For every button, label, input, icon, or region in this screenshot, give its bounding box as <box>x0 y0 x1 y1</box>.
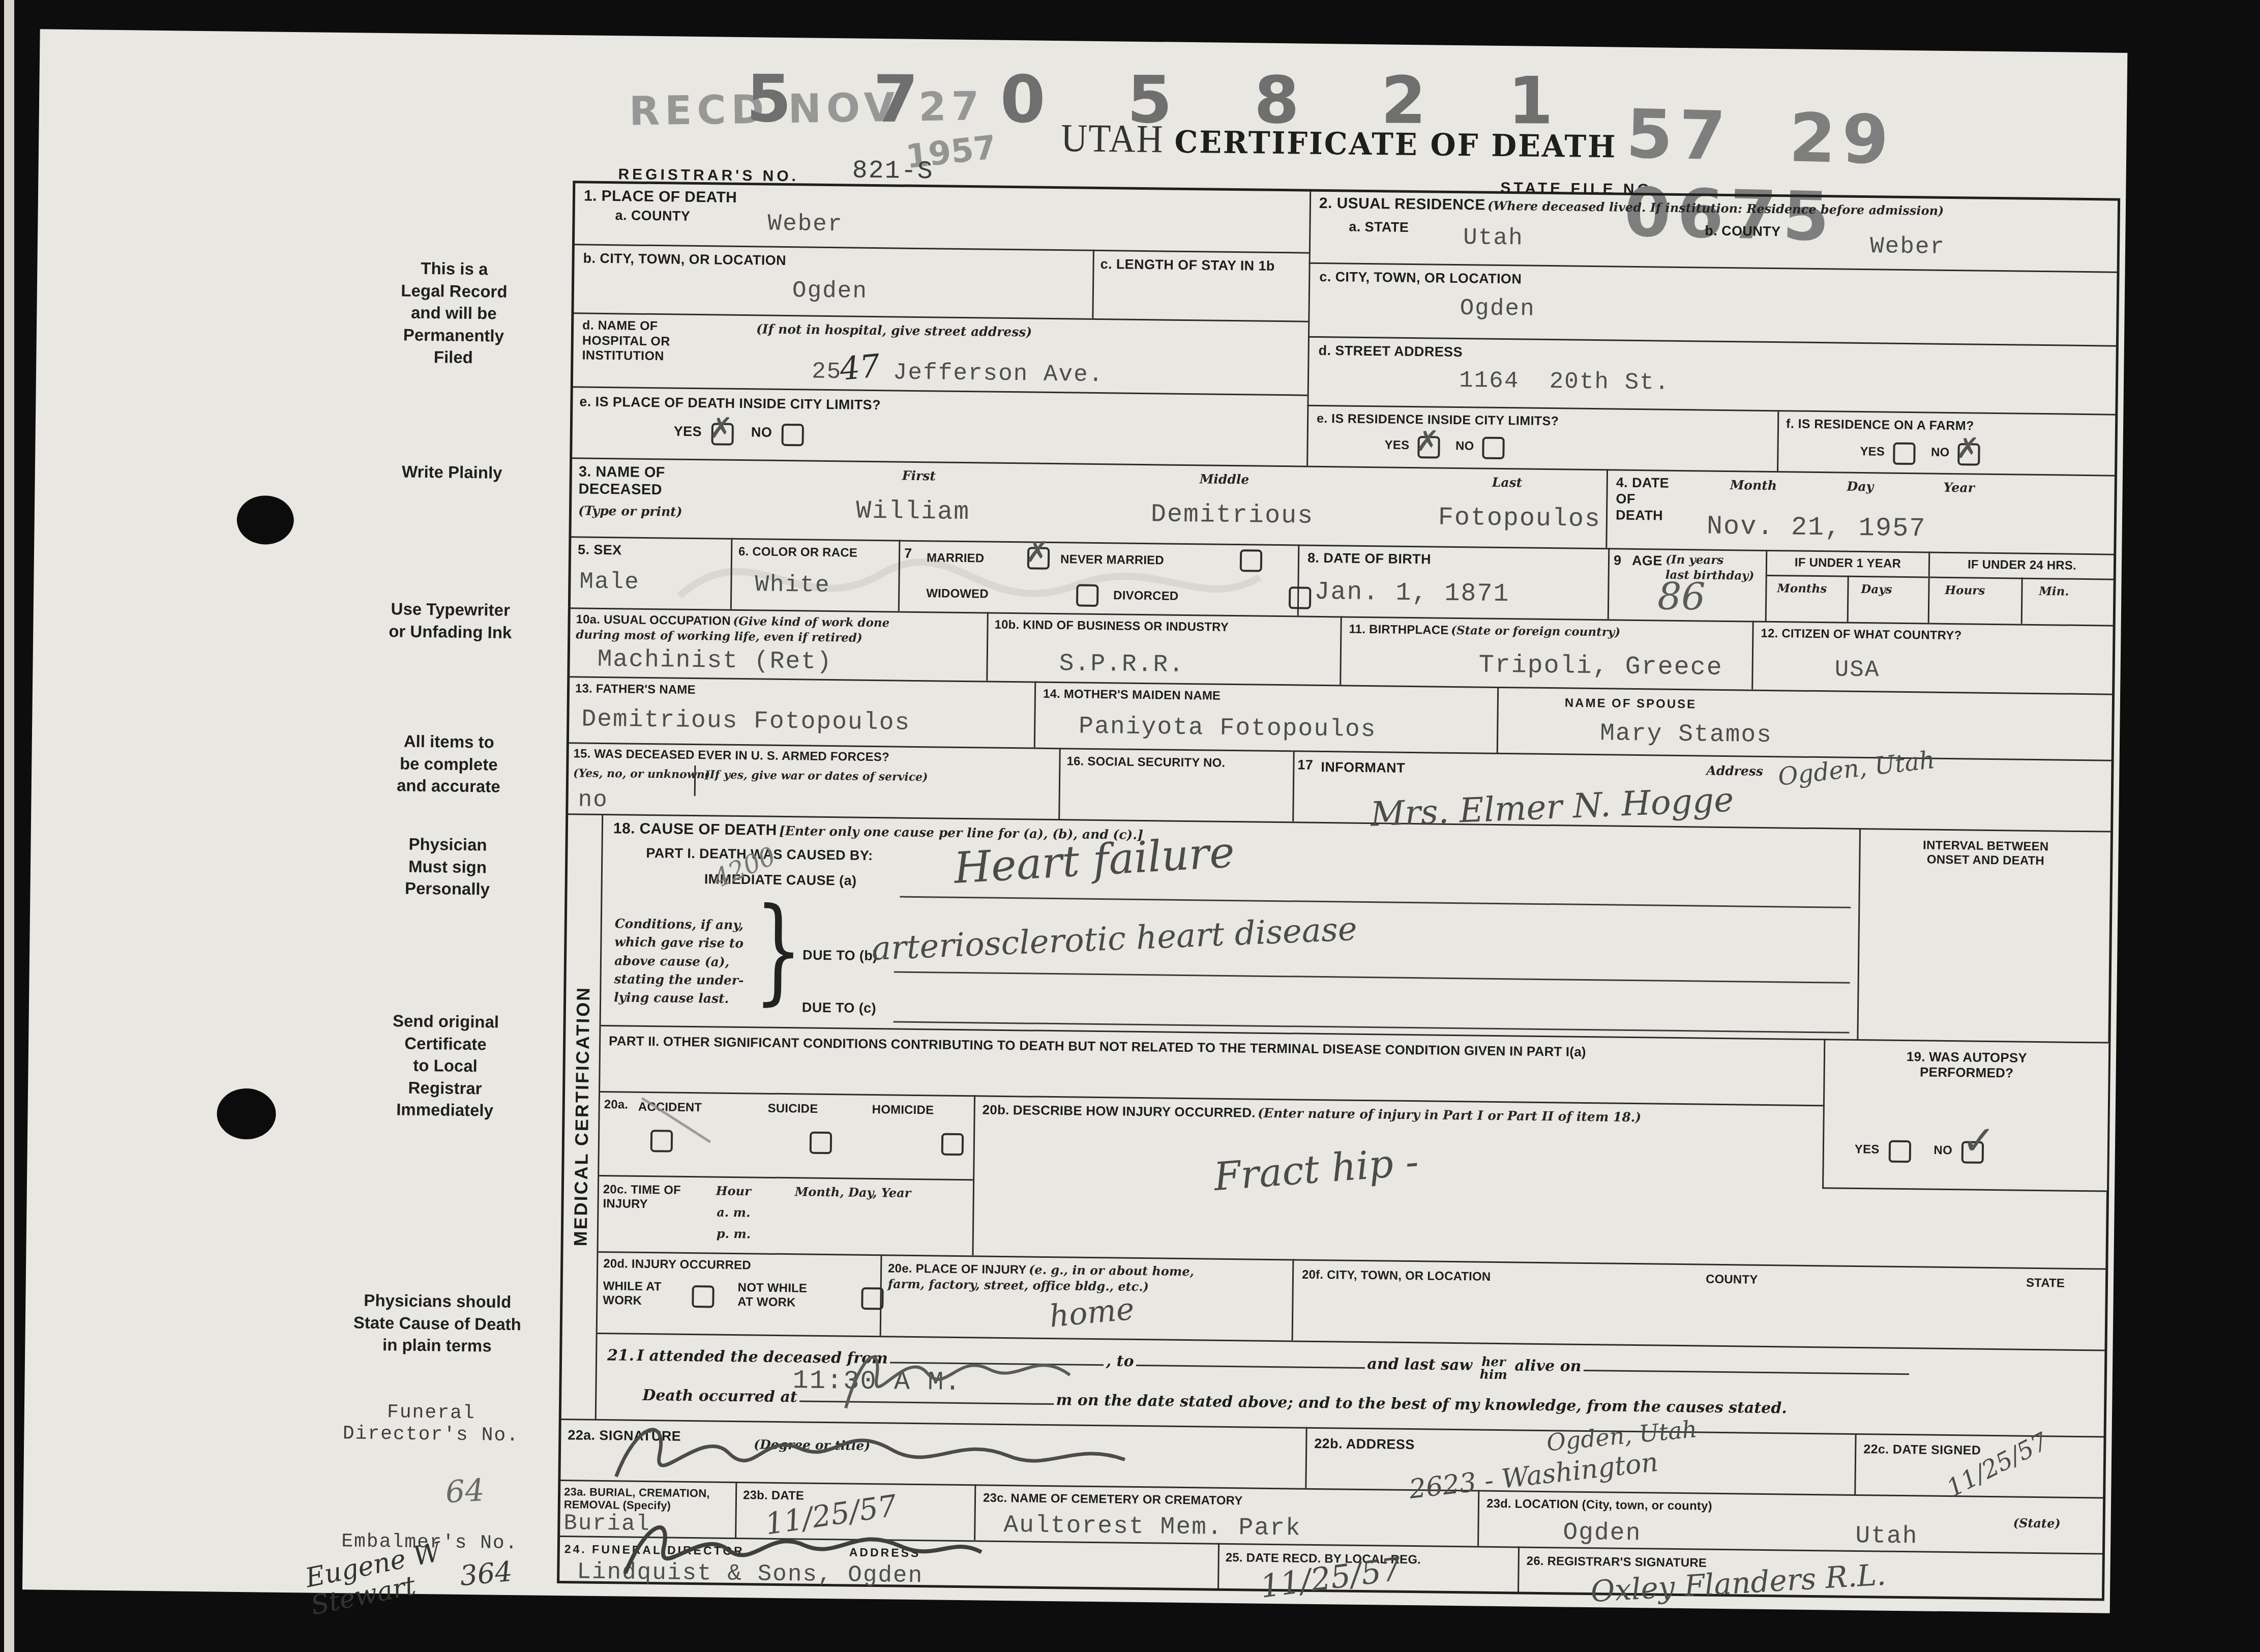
burial-state-value: Utah <box>1855 1522 1918 1550</box>
res-street-label: d. STREET ADDRESS <box>1318 343 1463 361</box>
field-26-registrar-signature: 26. REGISTRAR'S SIGNATURE Oxley Flanders… <box>1518 1546 2103 1599</box>
field-23c-cemetery: 23c. NAME OF CEMETERY OR CREMATORY Aulto… <box>974 1484 1478 1546</box>
no-label: NO <box>1931 446 1950 459</box>
field-2-usual-residence: 2. USUAL RESIDENCE (Where deceased lived… <box>1309 191 2118 272</box>
ssn-label: 16. SOCIAL SECURITY NO. <box>1066 754 1285 771</box>
field-1e-city-limits: e. IS PLACE OF DEATH INSIDE CITY LIMITS?… <box>572 386 1307 465</box>
margin-note-all-items: All items to be complete and accurate <box>316 729 581 799</box>
dob-value: Jan. 1, 1871 <box>1314 578 1510 609</box>
cemetery-label: 23c. NAME OF CEMETERY OR CREMATORY <box>983 1491 1243 1508</box>
registrar-signature-label: 26. REGISTRAR'S SIGNATURE <box>1527 1554 1707 1571</box>
informant-num: 17 <box>1297 757 1313 773</box>
city-value: Ogden <box>792 277 868 305</box>
field-15-armed-forces: 15. WAS DECEASED EVER IN U. S. ARMED FOR… <box>568 742 1059 819</box>
no-checkbox <box>1482 437 1505 459</box>
field-if-under-1-year: IF UNDER 1 YEAR Months Days <box>1765 550 1929 623</box>
x-mark: ✗ <box>1956 432 1980 465</box>
field-10a-occupation: 10a. USUAL OCCUPATION (Give kind of work… <box>569 607 987 681</box>
street-number-typed: 25 <box>812 359 842 386</box>
field-20d-injury-occurred: 20d. INJURY OCCURRED WHILE AT WORK NOT W… <box>598 1251 881 1336</box>
usual-residence-hint: (Where deceased lived. If institution: R… <box>1488 198 1944 218</box>
res-county-value: Weber <box>1870 233 1946 260</box>
describe-injury-label: 20b. DESCRIBE HOW INJURY OCCURRED. <box>983 1102 1256 1120</box>
spouse-value: Mary Stamos <box>1600 720 1772 749</box>
birthplace-hint: (State or foreign country) <box>1451 624 1620 639</box>
res-county-label: b. COUNTY <box>1705 223 1780 240</box>
race-label: 6. COLOR OR RACE <box>738 545 857 560</box>
mother-value: Paniyota Fotopoulos <box>1079 713 1377 744</box>
yes-label: YES <box>674 424 702 439</box>
field-2d-street-address: d. STREET ADDRESS 1164 20th St. <box>1307 336 2116 414</box>
field-17-informant: 17 INFORMANT Address Mrs. Elmer N. Hogge… <box>1292 750 2112 831</box>
occupation-value: Machinist (Ret) <box>597 646 832 676</box>
place-of-injury-handwritten: home <box>1048 1291 1136 1334</box>
year-header: Year <box>1944 480 1975 496</box>
x-mark: ✗ <box>709 411 733 445</box>
field-22c-date-signed: 22c. DATE SIGNED 11/25/57 <box>1854 1433 2104 1497</box>
field-18-cause-of-death: 18. CAUSE OF DEATH [Enter only one cause… <box>601 814 1860 1039</box>
date-signed-handwritten: 11/25/57 <box>1942 1427 2053 1503</box>
months-label: Months <box>1777 581 1827 597</box>
field-12-citizen: 12. CITIZEN OF WHAT COUNTRY? USA <box>1751 621 2113 694</box>
never-married-checkbox <box>1240 549 1262 572</box>
attended-text-3: and last saw <box>1367 1355 1472 1374</box>
widowed-label: WIDOWED <box>926 586 989 601</box>
county-label: a. COUNTY <box>615 208 690 225</box>
field-11-birthplace: 11. BIRTHPLACE (State or foreign country… <box>1340 616 1752 689</box>
place-city-limits-label: e. IS PLACE OF DEATH INSIDE CITY LIMITS? <box>579 394 881 414</box>
day-header: Day <box>1847 479 1874 495</box>
field-25-date-recd: 25. DATE RECD. BY LOCAL REG. 11/25/57 <box>1217 1543 1518 1592</box>
field-1d-hospital: d. NAME OF HOSPITAL OR INSTITUTION (If n… <box>573 312 1309 394</box>
min-label: Min. <box>2039 584 2069 600</box>
accident-checkbox <box>650 1130 673 1152</box>
injury-description-handwritten: Fract hip - <box>1212 1139 1420 1199</box>
field-2e-res-city-limits: e. IS RESIDENCE INSIDE CITY LIMITS? YES … <box>1306 405 1777 471</box>
res-city-label: c. CITY, TOWN, OR LOCATION <box>1319 269 1522 287</box>
field-if-under-24-hrs: IF UNDER 24 HRS. Hours Min. <box>1928 552 2115 625</box>
industry-value: S.P.R.R. <box>1059 650 1184 679</box>
field-interval: INTERVAL BETWEEN ONSET AND DEATH <box>1857 828 2111 1042</box>
informant-address-label: Address <box>1706 763 1763 780</box>
married-checkbox: ✗ <box>1027 547 1050 569</box>
suicide-label: SUICIDE <box>768 1102 818 1116</box>
yes-label: YES <box>1855 1142 1880 1157</box>
interval-label: INTERVAL BETWEEN ONSET AND DEATH <box>1860 838 2111 869</box>
month-day-year-label: Month, Day, Year <box>795 1184 911 1201</box>
field-20f-injury-location: 20f. CITY, TOWN, OR LOCATION COUNTY STAT… <box>1292 1259 2106 1349</box>
field-4-date-of-death: 4. DATE OF DEATH Month Day Year Nov. 21,… <box>1605 469 2115 553</box>
margin-note-send-original: Send original Certificate to Local Regis… <box>312 1009 578 1123</box>
describe-injury-hint: (Enter nature of injury in Part I or Par… <box>1258 1106 1641 1125</box>
yes-label: YES <box>1860 445 1885 459</box>
x-mark: ✗ <box>1025 536 1050 569</box>
signer-address-label: 22b. ADDRESS <box>1314 1436 1415 1453</box>
state-label: a. STATE <box>1349 219 1409 236</box>
burial-location-label: 23d. LOCATION (City, town, or county) <box>1486 1497 1712 1514</box>
film-edge <box>4 0 14 1652</box>
am-label: a. m. <box>717 1204 750 1221</box>
not-while-at-work-label: NOT WHILE AT WORK <box>737 1281 807 1310</box>
first-name-header: First <box>902 468 936 485</box>
father-label: 13. FATHER'S NAME <box>575 682 696 697</box>
injury-city-label: 20f. CITY, TOWN, OR LOCATION <box>1302 1268 1491 1284</box>
street-number-handwritten: 47 <box>838 347 881 388</box>
injury-county-label: COUNTY <box>1706 1273 1758 1287</box>
field-24-funeral-director: 24. FUNERAL DIRECTOR ADDRESS Lindquist &… <box>559 1536 1218 1589</box>
certificate-paper: RECD NOV 27 1957 5 7 0 5 8 2 1 REGISTRAR… <box>22 29 2128 1613</box>
marital-num: 7 <box>904 546 912 562</box>
place-of-death-title: 1. PLACE OF DEATH <box>584 187 737 206</box>
widowed-checkbox <box>1076 584 1098 607</box>
homicide-checkbox <box>941 1133 964 1156</box>
field-16-ssn: 16. SOCIAL SECURITY NO. <box>1058 748 1293 821</box>
hours-label: Hours <box>1945 583 1985 599</box>
divider <box>694 765 696 796</box>
punch-hole <box>236 495 294 545</box>
divider <box>2021 578 2023 624</box>
last-name-value: Fotopoulos <box>1438 504 1601 535</box>
date-of-death-value: Nov. 21, 1957 <box>1706 512 1926 544</box>
usual-residence-title: 2. USUAL RESIDENCE <box>1319 195 1485 214</box>
cause-b-handwritten: arteriosclerotic heart disease <box>871 910 1358 968</box>
place-of-injury-label: 20e. PLACE OF INJURY <box>888 1261 1027 1277</box>
funeral-director-no-label: Funeral Director's No. <box>288 1400 574 1447</box>
middle-name-header: Middle <box>1200 471 1250 488</box>
field-2c-res-city: c. CITY, TOWN, OR LOCATION Ogden <box>1308 262 2118 345</box>
county-value: Weber <box>767 211 843 238</box>
never-married-label: NEVER MARRIED <box>1060 552 1164 568</box>
medical-certification-label: MEDICAL CERTIFICATION <box>561 813 603 1419</box>
married-label: MARRIED <box>927 551 985 566</box>
field-1b-city: b. CITY, TOWN, OR LOCATION Ogden <box>573 244 1092 318</box>
city-label: b. CITY, TOWN, OR LOCATION <box>583 250 786 269</box>
armed-forces-value: no <box>578 786 608 813</box>
divider <box>1847 576 1849 622</box>
yes-label: YES <box>1384 438 1409 453</box>
accident-num: 20a. <box>604 1098 629 1112</box>
attended-text-2: , to <box>1106 1352 1134 1371</box>
no-label: NO <box>1934 1143 1952 1157</box>
yes-checkbox: ✗ <box>1417 436 1440 458</box>
funeral-director-no-value: 64 <box>444 1472 485 1510</box>
cause-a-line <box>900 896 1851 908</box>
margin-note-legal-record: This is a Legal Record and will be Perma… <box>321 256 586 370</box>
citizen-value: USA <box>1834 656 1880 683</box>
field-7-marital-status: 7 MARRIED ✗ NEVER MARRIED WIDOWED DIVORC… <box>898 540 1298 616</box>
brace-glyph: } <box>754 884 804 1017</box>
field-3-name-of-deceased: 3. NAME OF DECEASED (Type or print) Firs… <box>571 457 1607 548</box>
while-at-work-checkbox <box>692 1285 714 1308</box>
mother-label: 14. MOTHER'S MAIDEN NAME <box>1043 687 1221 703</box>
field-10b-industry: 10b. KIND OF BUSINESS OR INDUSTRY S.P.R.… <box>986 612 1340 685</box>
no-label: NO <box>1455 439 1474 453</box>
street-name-typed: Jefferson Ave. <box>878 359 1104 388</box>
pm-label: p. m. <box>717 1226 751 1242</box>
farm-label: f. IS RESIDENCE ON A FARM? <box>1786 417 1974 434</box>
res-city-value: Ogden <box>1460 295 1535 322</box>
first-name-value: William <box>856 497 970 527</box>
name-title: 3. NAME OF DECEASED <box>578 463 665 498</box>
field-8-date-of-birth: 8. DATE OF BIRTH Jan. 1, 1871 <box>1297 544 1609 619</box>
field-20c-time-of-injury: 20c. TIME OF INJURY Hour a. m. p. m. Mon… <box>598 1175 973 1255</box>
field-13-father: 13. FATHER'S NAME Demitrious Fotopoulos <box>569 676 1034 747</box>
age-value: 86 <box>1657 574 1706 618</box>
margin-note-write-plainly: Write Plainly <box>320 460 584 485</box>
x-mark: ✗ <box>1415 425 1440 458</box>
field-22b-address: 22b. ADDRESS Ogden, Utah 2623 - Washingt… <box>1305 1427 1855 1494</box>
part2-label: PART II. OTHER SIGNIFICANT CONDITIONS CO… <box>609 1034 1814 1063</box>
dob-label: 8. DATE OF BIRTH <box>1307 550 1431 568</box>
yes-checkbox: ✗ <box>711 423 733 445</box>
field-spouse: NAME OF SPOUSE Mary Stamos <box>1497 687 2113 760</box>
margin-note-plain-terms: Physicians should State Cause of Death i… <box>274 1288 600 1359</box>
due-to-c-label: DUE TO (c) <box>802 999 876 1017</box>
citizen-label: 12. CITIZEN OF WHAT COUNTRY? <box>1761 627 1961 643</box>
sex-label: 5. SEX <box>578 542 622 558</box>
state-hint: (State) <box>2013 1515 2060 1531</box>
him-label: him <box>1479 1368 1507 1381</box>
field-20e-place-of-injury: 20e. PLACE OF INJURY (e. g., in or about… <box>880 1254 1293 1340</box>
armed-forces-hint1: (Yes, no, or unknown) <box>573 766 710 782</box>
field-1c-length-of-stay: c. LENGTH OF STAY IN 1b <box>1092 250 1309 321</box>
autopsy-label: 19. WAS AUTOPSY PERFORMED? <box>1825 1048 2108 1082</box>
occupation-label: 10a. USUAL OCCUPATION <box>576 612 731 628</box>
days-label: Days <box>1861 582 1892 598</box>
divorced-label: DIVORCED <box>1113 588 1179 603</box>
no-checkbox <box>781 424 804 446</box>
armed-forces-hint2: (If yes, give war or dates of service) <box>704 768 928 785</box>
no-label: NO <box>751 424 772 439</box>
hour-label: Hour <box>716 1183 751 1199</box>
industry-label: 10b. KIND OF BUSINESS OR INDUSTRY <box>994 618 1330 636</box>
blank-line <box>1584 1362 1909 1375</box>
field-6-color-or-race: 6. COLOR OR RACE White <box>730 538 899 611</box>
conditions-hint: Conditions, if any, which gave rise to a… <box>614 914 745 1008</box>
embalmers-no-value: 364 <box>459 1555 514 1592</box>
spouse-label: NAME OF SPOUSE <box>1565 696 1697 712</box>
sex-value: Male <box>579 568 640 595</box>
birthplace-label: 11. BIRTHPLACE <box>1349 623 1448 637</box>
hospital-label: d. NAME OF HOSPITAL OR INSTITUTION <box>582 318 670 364</box>
field-20a-accident: 20a. ACCIDENT SUICIDE HOMICIDE <box>599 1091 974 1179</box>
homicide-label: HOMICIDE <box>872 1103 934 1117</box>
field-5-sex: 5. SEX Male <box>570 536 731 609</box>
father-value: Demitrious Fotopoulos <box>581 705 910 736</box>
middle-name-value: Demitrious <box>1151 500 1314 531</box>
length-of-stay-label: c. LENGTH OF STAY IN 1b <box>1100 256 1301 275</box>
hospital-hint: (If not in hospital, give street address… <box>756 321 1032 341</box>
no-checkbox: ✓ <box>1961 1141 1984 1163</box>
her-label: her <box>1480 1355 1507 1369</box>
field-23d-location: 23d. LOCATION (City, town, or county) (S… <box>1477 1490 2103 1553</box>
while-at-work-label: WHILE AT WORK <box>603 1279 662 1308</box>
yes-checkbox <box>1889 1140 1911 1163</box>
punch-hole <box>217 1088 276 1139</box>
armed-forces-label: 15. WAS DECEASED EVER IN U. S. ARMED FOR… <box>573 747 889 764</box>
injury-occurred-label: 20d. INJURY OCCURRED <box>603 1257 751 1273</box>
attended-num: 21. <box>607 1346 635 1365</box>
registrar-no-value: 821-S <box>852 156 934 186</box>
cemetery-value: Aultorest Mem. Park <box>1003 1512 1301 1543</box>
title-main: CERTIFICATE OF DEATH <box>1174 125 1617 165</box>
cause-b-line <box>894 971 1850 983</box>
margin-note-physician-sign: Physician Must sign Personally <box>315 832 580 902</box>
suicide-checkbox <box>810 1132 832 1154</box>
death-occurred-label: Death occurred at <box>642 1386 797 1406</box>
cause-title: 18. CAUSE OF DEATH <box>613 820 777 839</box>
date-signed-label: 22c. DATE SIGNED <box>1863 1442 1981 1458</box>
no-checkbox: ✗ <box>1958 443 1980 465</box>
age-num: 9 <box>1614 552 1622 569</box>
type-or-print-hint: (Type or print) <box>578 503 682 520</box>
due-to-b-label: DUE TO (b) <box>802 947 878 964</box>
field-22a-signature: 22a. SIGNATURE (Degree or title) <box>560 1419 1305 1488</box>
last-name-header: Last <box>1492 475 1523 491</box>
month-header: Month <box>1730 477 1777 494</box>
title-state: UTAH <box>1061 115 1164 162</box>
race-value: White <box>755 571 830 599</box>
under-24-hrs-label: IF UNDER 24 HRS. <box>1930 557 2114 574</box>
injury-state-label: STATE <box>2026 1276 2065 1290</box>
informant-label: INFORMANT <box>1321 759 1405 777</box>
field-19-autopsy: 19. WAS AUTOPSY PERFORMED? YES NO ✓ <box>1822 1039 2108 1192</box>
scanned-death-certificate: RECD NOV 27 1957 5 7 0 5 8 2 1 REGISTRAR… <box>0 0 2260 1652</box>
field-14-mother: 14. MOTHER'S MAIDEN NAME Paniyota Fotopo… <box>1034 682 1497 753</box>
margin-note-use-typewriter: Use Typewriter or Unfading Ink <box>308 597 593 644</box>
birthplace-value: Tripoli, Greece <box>1478 651 1723 682</box>
check-mark: ✓ <box>1961 1116 1996 1164</box>
res-street-value: 1164 20th St. <box>1459 367 1670 396</box>
field-9-age: 9 AGE (In years last birthday) 86 <box>1608 548 1766 621</box>
yes-checkbox <box>1893 442 1915 465</box>
burial-city-value: Ogden <box>1563 1519 1642 1547</box>
attended-text-4: alive on <box>1514 1357 1581 1375</box>
age-label: AGE <box>1632 553 1662 570</box>
field-2f-farm: f. IS RESIDENCE ON A FARM? YES NO ✗ <box>1777 410 2116 475</box>
time-of-injury-label: 20c. TIME OF INJURY <box>603 1183 681 1212</box>
under-1-year-label: IF UNDER 1 YEAR <box>1767 555 1928 571</box>
state-value: Utah <box>1463 224 1524 251</box>
field-1-place-of-death: 1. PLACE OF DEATH a. COUNTY Weber <box>574 183 1310 252</box>
date-of-death-title: 4. DATE OF DEATH <box>1616 475 1669 524</box>
blank-line <box>1136 1356 1365 1369</box>
